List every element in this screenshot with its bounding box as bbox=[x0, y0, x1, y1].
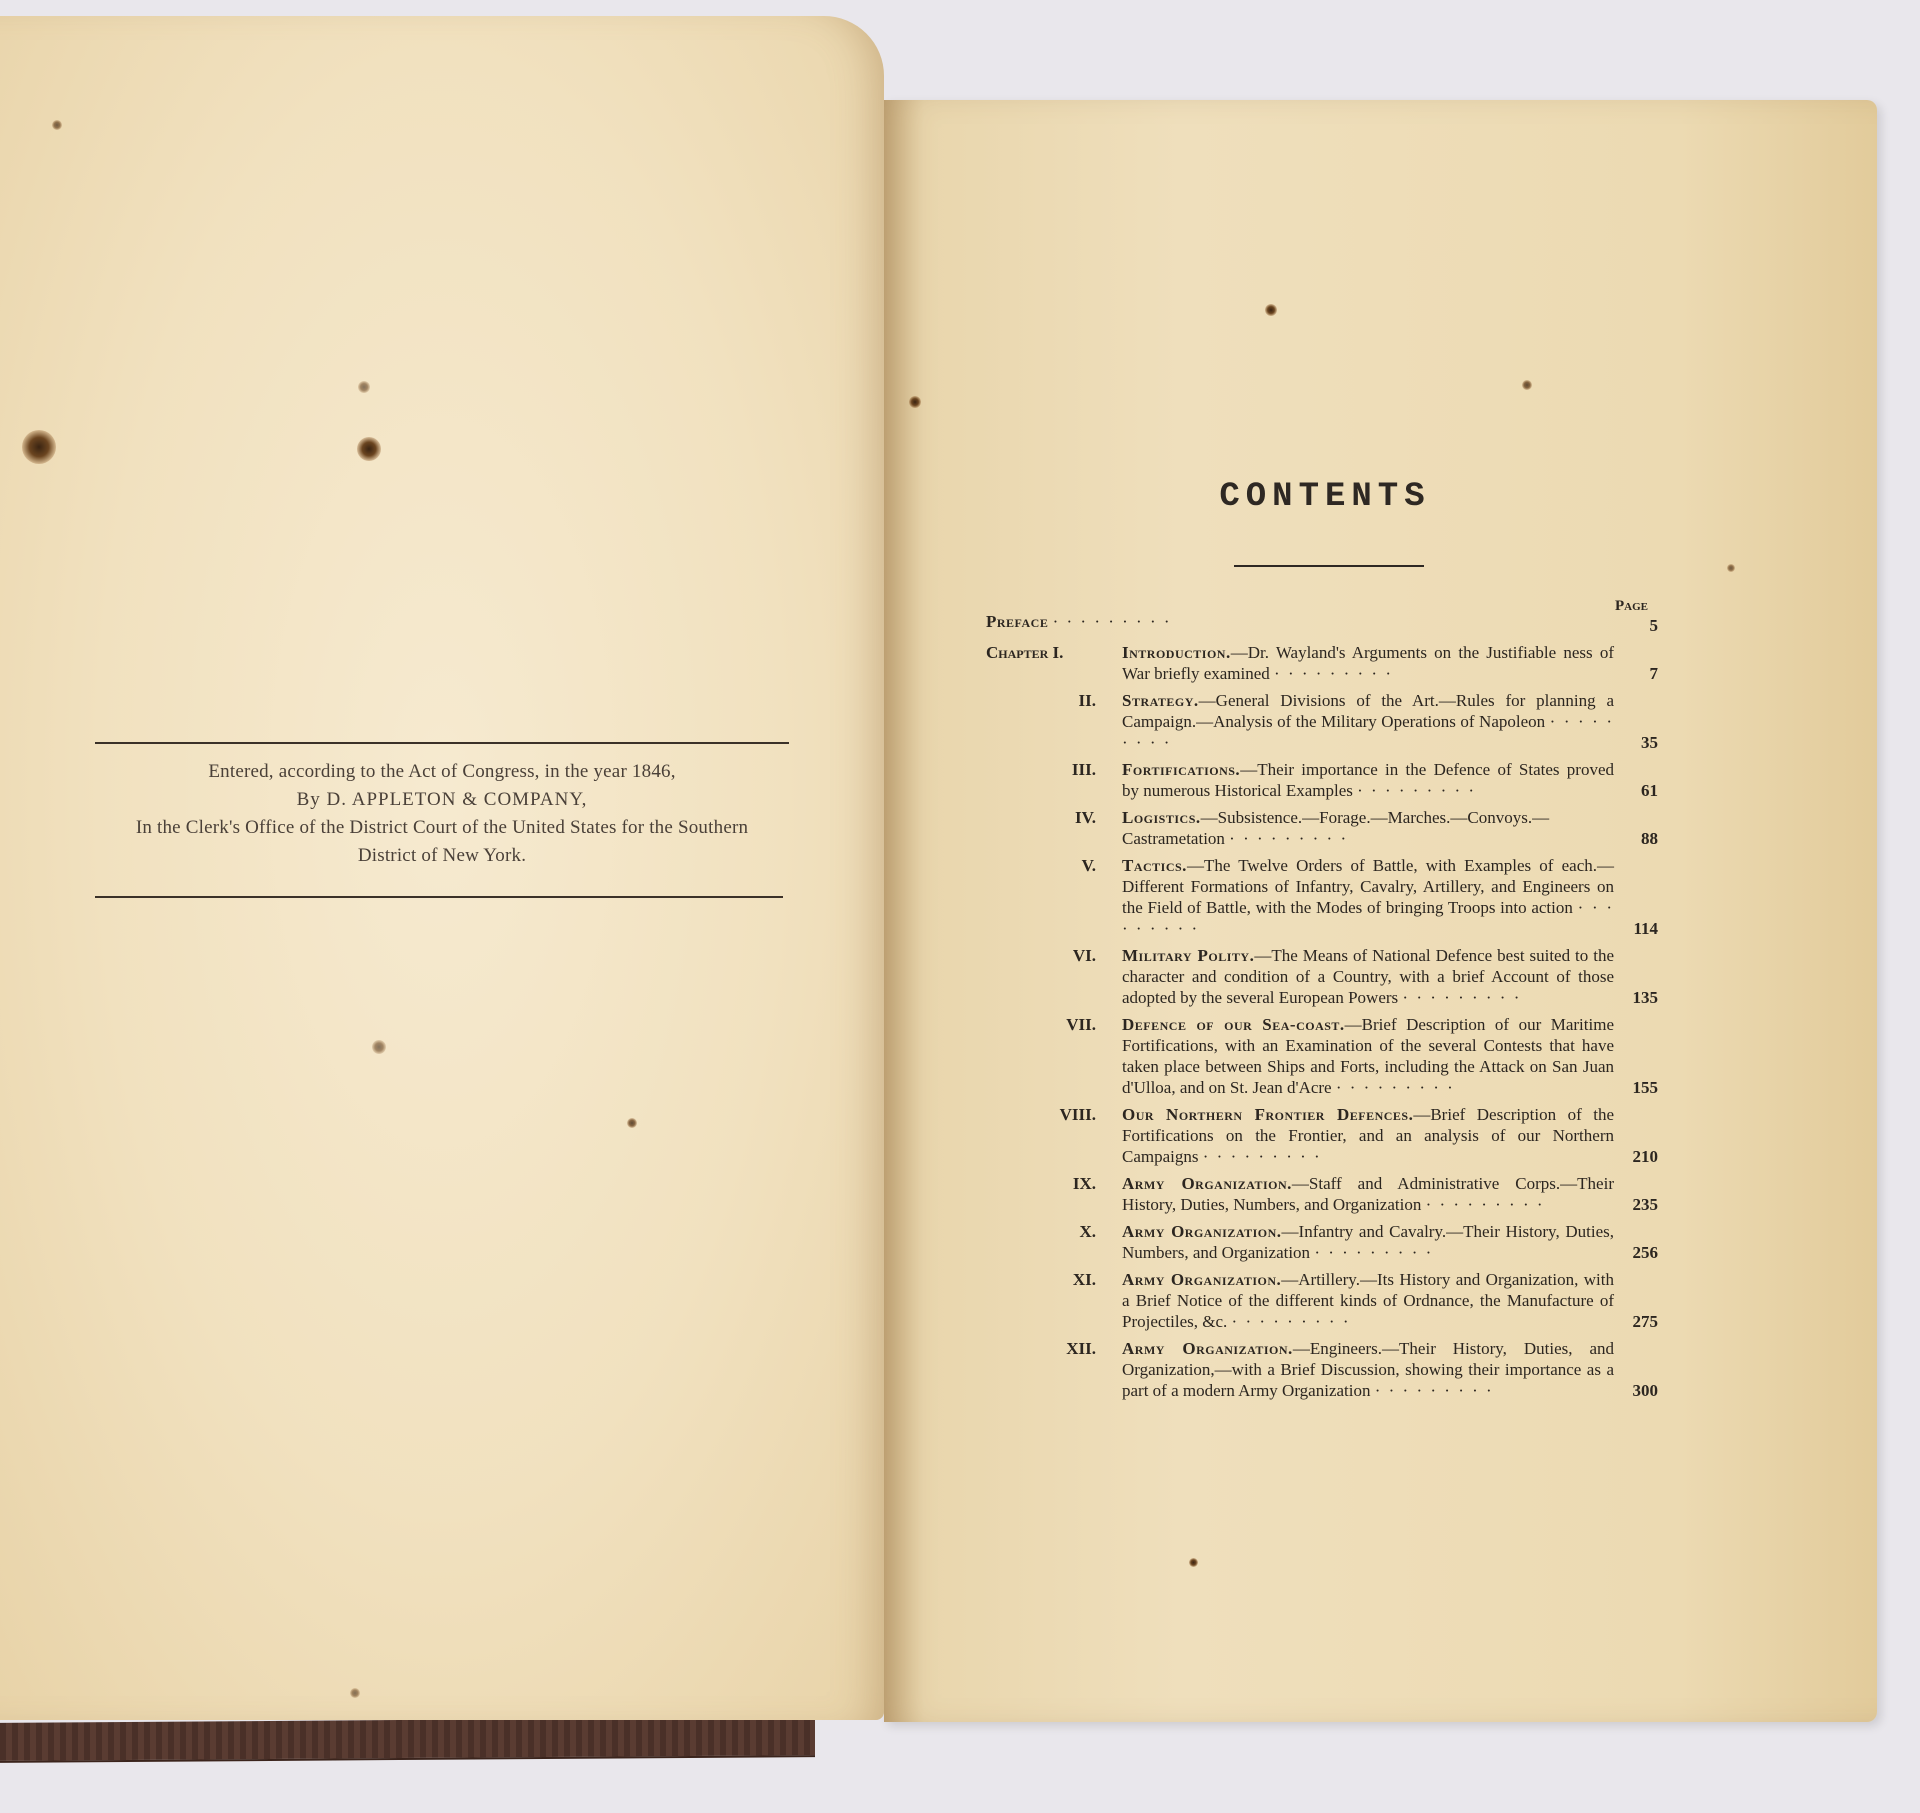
chapter-number: XII. bbox=[986, 1338, 1096, 1359]
toc-entry-chapter-3[interactable]: III. Fortifications.—Their importance in… bbox=[986, 759, 1658, 801]
chapter-number: XI. bbox=[986, 1269, 1096, 1290]
toc-entry-chapter-6[interactable]: VI. Military Polity.—The Means of Nation… bbox=[986, 945, 1658, 1008]
toc-entry-preface[interactable]: Page Preface · · · · · · · · · 5 bbox=[986, 596, 1658, 636]
copyright-line-4: District of New York. bbox=[92, 842, 792, 870]
toc-page-number: 135 bbox=[1633, 987, 1659, 1008]
page-title: CONTENTS bbox=[1200, 478, 1450, 516]
dot-leader: · · · · · · · · · bbox=[1229, 829, 1348, 848]
dot-leader: · · · · · · · · · bbox=[1232, 1312, 1351, 1331]
foxing-spot bbox=[22, 430, 56, 464]
chapter-number: V. bbox=[986, 855, 1096, 876]
toc-heading: Strategy. bbox=[1122, 691, 1199, 710]
title-rule bbox=[1234, 565, 1424, 567]
toc-page-number: 7 bbox=[1650, 663, 1659, 684]
dot-leader: · · · · · · · · · bbox=[1314, 1243, 1433, 1262]
chapter-number: II. bbox=[986, 690, 1096, 711]
chapter-number: Chapter I. bbox=[986, 642, 1063, 663]
chapter-number: IV. bbox=[986, 807, 1096, 828]
toc-page-number: 256 bbox=[1633, 1242, 1659, 1263]
toc-entry-chapter-12[interactable]: XII. Army Organization.—Engineers.—Their… bbox=[986, 1338, 1658, 1401]
toc-page-number: 235 bbox=[1633, 1194, 1659, 1215]
toc-heading: Our Northern Frontier Defences. bbox=[1122, 1105, 1413, 1124]
toc-entry-chapter-4[interactable]: IV. Logistics.—Subsistence.—Forage.—Marc… bbox=[986, 807, 1658, 849]
copyright-top-rule bbox=[95, 742, 789, 744]
toc-page-number: 300 bbox=[1633, 1380, 1659, 1401]
copyright-line-1: Entered, according to the Act of Congres… bbox=[92, 758, 792, 786]
toc-page-number: 210 bbox=[1633, 1146, 1659, 1167]
toc-heading: Army Organization. bbox=[1122, 1222, 1282, 1241]
dot-leader: · · · · · · · · · bbox=[1274, 664, 1393, 683]
dot-leader: · · · · · · · · · bbox=[1336, 1078, 1455, 1097]
toc-heading: Military Polity. bbox=[1122, 946, 1254, 965]
toc-entry-chapter-7[interactable]: VII. Defence of our Sea-coast.—Brief Des… bbox=[986, 1014, 1658, 1098]
toc-description: —The Twelve Orders of Battle, with Examp… bbox=[1122, 856, 1614, 917]
foxing-spot bbox=[909, 396, 921, 408]
toc-page-number: 114 bbox=[1633, 918, 1658, 939]
dot-leader: · · · · · · · · · bbox=[1053, 612, 1172, 631]
toc-page-number: 88 bbox=[1641, 828, 1658, 849]
foxing-spot bbox=[1189, 1558, 1198, 1567]
copyright-line-publisher: By D. APPLETON & COMPANY, bbox=[92, 786, 792, 814]
foxing-spot bbox=[1522, 380, 1532, 390]
toc-heading: Army Organization. bbox=[1122, 1174, 1292, 1193]
toc-heading: Army Organization. bbox=[1122, 1339, 1293, 1358]
foxing-spot bbox=[52, 120, 62, 130]
foxing-spot bbox=[358, 381, 370, 393]
book-cover-cloth-edge bbox=[0, 1717, 815, 1763]
toc-entry-chapter-9[interactable]: IX. Army Organization.—Staff and Adminis… bbox=[986, 1173, 1658, 1215]
chapter-number: III. bbox=[986, 759, 1096, 780]
toc-page-number: 5 bbox=[1650, 615, 1659, 636]
page-column-header: Page bbox=[1615, 596, 1648, 617]
toc-heading: Army Organization. bbox=[1122, 1270, 1281, 1289]
toc-heading: Tactics. bbox=[1122, 856, 1187, 875]
foxing-spot bbox=[350, 1688, 360, 1698]
copyright-line-3: In the Clerk's Office of the District Co… bbox=[92, 814, 792, 842]
dot-leader: · · · · · · · · · bbox=[1426, 1195, 1545, 1214]
toc-entry-chapter-2[interactable]: II. Strategy.—General Divisions of the A… bbox=[986, 690, 1658, 753]
toc-entry-chapter-10[interactable]: X. Army Organization.—Infantry and Caval… bbox=[986, 1221, 1658, 1263]
foxing-spot bbox=[1265, 304, 1277, 316]
toc-heading: Introduction. bbox=[1122, 643, 1231, 662]
dot-leader: · · · · · · · · · bbox=[1203, 1147, 1322, 1166]
copyright-notice: Entered, according to the Act of Congres… bbox=[92, 758, 792, 870]
toc-heading: Defence of our Sea-coast. bbox=[1122, 1015, 1345, 1034]
chapter-number: VIII. bbox=[986, 1104, 1096, 1125]
toc-entry-chapter-11[interactable]: XI. Army Organization.—Artillery.—Its Hi… bbox=[986, 1269, 1658, 1332]
dot-leader: · · · · · · · · · bbox=[1402, 988, 1521, 1007]
toc-entry-chapter-5[interactable]: V. Tactics.—The Twelve Orders of Battle,… bbox=[986, 855, 1658, 939]
toc-page-number: 155 bbox=[1633, 1077, 1659, 1098]
foxing-spot bbox=[357, 437, 381, 461]
dot-leader: · · · · · · · · · bbox=[1375, 1381, 1494, 1400]
toc-heading: Fortifications. bbox=[1122, 760, 1240, 779]
toc-entry-chapter-1[interactable]: Chapter I. Introduction.—Dr. Wayland's A… bbox=[986, 642, 1658, 684]
toc-page-number: 35 bbox=[1641, 732, 1658, 753]
chapter-number: X. bbox=[986, 1221, 1096, 1242]
chapter-number: IX. bbox=[986, 1173, 1096, 1194]
copyright-bottom-rule bbox=[95, 896, 783, 898]
toc-entry-chapter-8[interactable]: VIII. Our Northern Frontier Defences.—Br… bbox=[986, 1104, 1658, 1167]
chapter-number: VII. bbox=[986, 1014, 1096, 1035]
foxing-spot bbox=[372, 1040, 386, 1054]
toc-heading: Preface bbox=[986, 612, 1048, 631]
dot-leader: · · · · · · · · · bbox=[1357, 781, 1476, 800]
foxing-spot bbox=[627, 1118, 637, 1128]
toc-page-number: 275 bbox=[1633, 1311, 1659, 1332]
table-of-contents: Page Preface · · · · · · · · · 5 Chapter… bbox=[986, 596, 1658, 1407]
chapter-number: VI. bbox=[986, 945, 1096, 966]
toc-heading: Logistics. bbox=[1122, 808, 1201, 827]
toc-page-number: 61 bbox=[1641, 780, 1658, 801]
foxing-spot bbox=[1727, 564, 1735, 572]
